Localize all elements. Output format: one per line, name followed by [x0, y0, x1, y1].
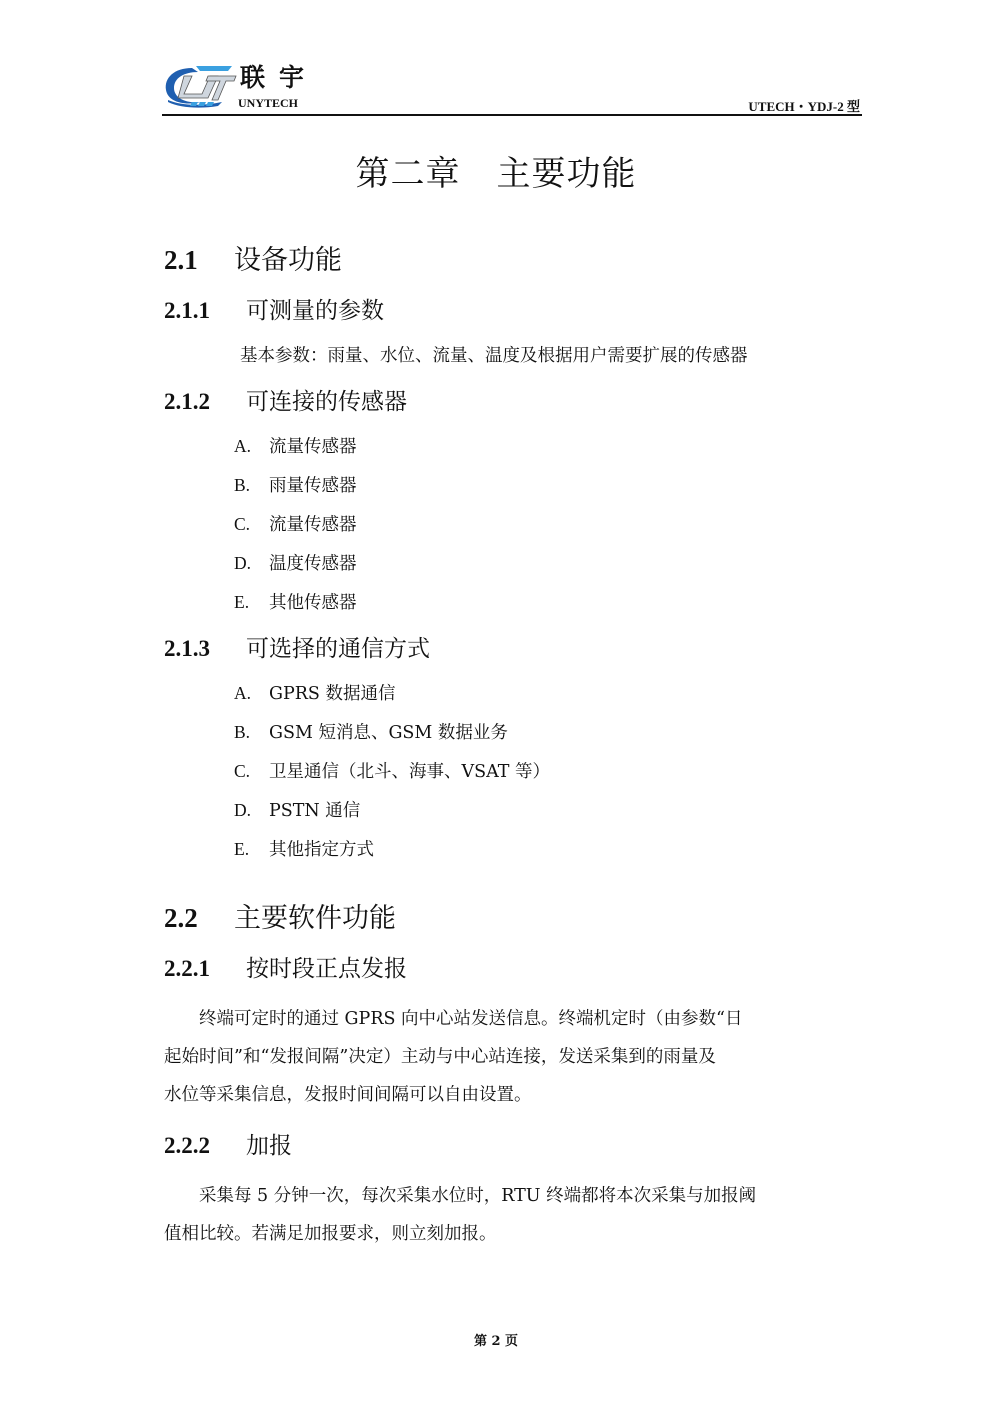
list-item: D.PSTN 通信 [234, 797, 360, 822]
list-item: A.GPRS 数据通信 [234, 680, 395, 705]
page-number: 第 2 页 [0, 1330, 992, 1349]
subsection-heading-2-1-1: 2.1.1可测量的参数 [164, 292, 384, 325]
list-item: D.温度传感器 [234, 550, 357, 575]
chapter-title: 第二章主要功能 [0, 146, 992, 195]
unytech-logo-icon [162, 62, 238, 108]
product-model: UTECH・YDJ-2 型 [748, 96, 860, 115]
list-item: A.流量传感器 [234, 433, 357, 458]
extra-report-paragraph: 采集每 5 分钟一次，每次采集水位时，RTU 终端都将本次采集与加报阈 值相比较… [164, 1177, 860, 1253]
chapter-number: 第二章 [356, 154, 461, 194]
page-header: 联宇 UNYTECH UTECH・YDJ-2 型 [162, 54, 862, 116]
list-item: C.流量传感器 [234, 511, 357, 536]
list-item: B.雨量传感器 [234, 472, 357, 497]
chapter-name: 主要功能 [497, 154, 637, 194]
subsection-heading-2-2-2: 2.2.2加报 [164, 1127, 292, 1160]
list-item: B.GSM 短消息、GSM 数据业务 [234, 719, 508, 744]
subsection-heading-2-2-1: 2.2.1按时段正点发报 [164, 950, 407, 983]
scheduled-report-paragraph: 终端可定时的通过 GPRS 向中心站发送信息。终端机定时（由参数“日 起始时间”… [164, 1000, 860, 1114]
section-heading-2-1: 2.1设备功能 [164, 238, 342, 277]
list-item: E.其他传感器 [234, 589, 357, 614]
header-divider [162, 114, 862, 116]
logo-chinese-name: 联宇 [240, 58, 318, 94]
company-logo: 联宇 UNYTECH [162, 58, 322, 114]
list-item: E.其他指定方式 [234, 836, 374, 861]
subsection-heading-2-1-3: 2.1.3可选择的通信方式 [164, 630, 430, 663]
list-item: C.卫星通信（北斗、海事、VSAT 等） [234, 758, 550, 783]
logo-english-name: UNYTECH [238, 96, 298, 111]
measurable-params-text: 基本参数：雨量、水位、流量、温度及根据用户需要扩展的传感器 [240, 342, 748, 367]
section-heading-2-2: 2.2主要软件功能 [164, 896, 396, 935]
subsection-heading-2-1-2: 2.1.2可连接的传感器 [164, 383, 407, 416]
